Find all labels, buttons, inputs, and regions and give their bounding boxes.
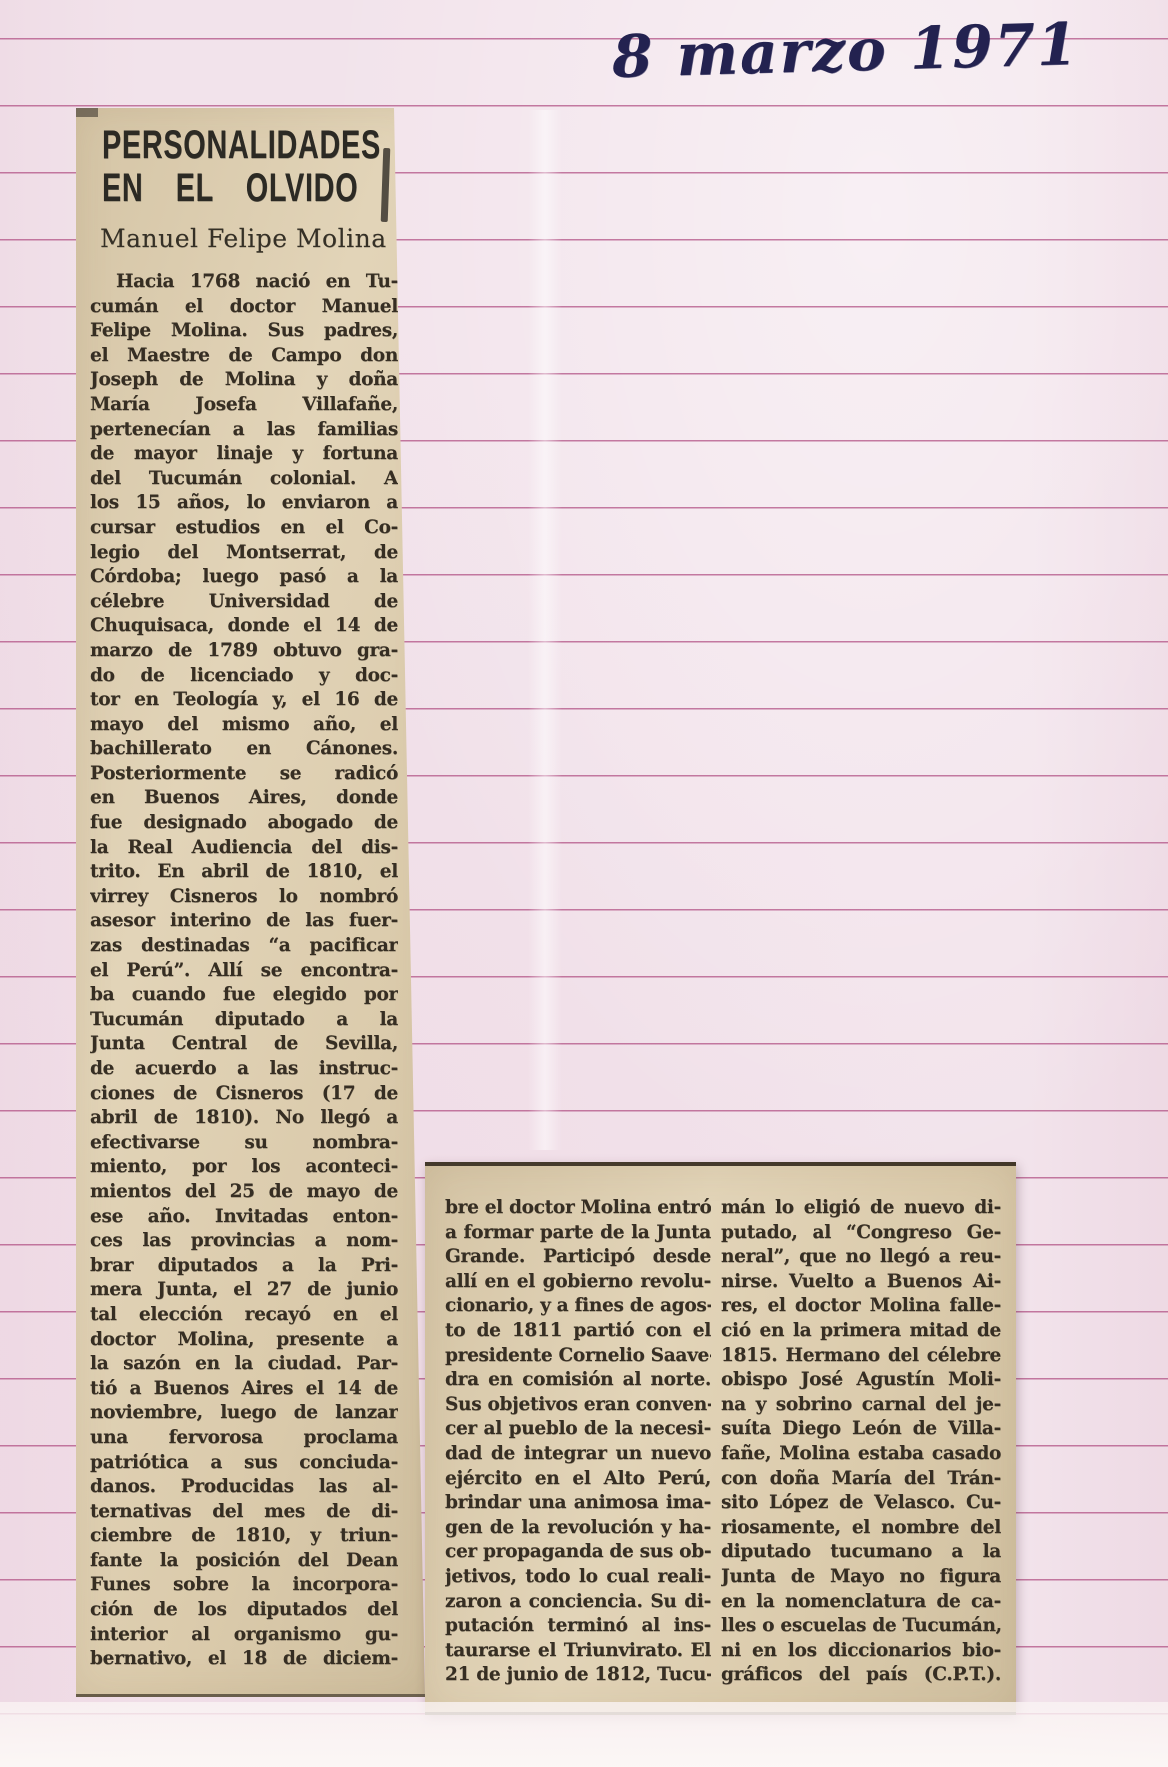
article-line: a formar parte de la Junta — [445, 1221, 711, 1246]
article-line: mera Junta, el 27 de junio — [90, 1278, 398, 1303]
article-line: Posteriormente se radicó — [90, 762, 398, 787]
article-line: presidente Cornelio Saave- — [445, 1344, 711, 1369]
article-line: 1815. Hermano del célebre — [721, 1344, 1001, 1369]
article-line: obispo José Agustín Moli- — [721, 1368, 1001, 1393]
article-line: ni en los diccionarios bio- — [721, 1639, 1001, 1664]
article-line: en la nomenclatura de ca- — [721, 1590, 1001, 1615]
article-line: patriótica a sus conciuda- — [90, 1451, 398, 1476]
article-line: noviembre, luego de lanzar — [90, 1401, 398, 1426]
article-line: Grande. Participó desde — [445, 1245, 711, 1270]
article-line: gráficos del país (C.P.T.). — [721, 1663, 1001, 1688]
headline-line-2: EN EL OLVIDO — [102, 167, 358, 210]
article-line: lles o escuelas de Tucumán, — [721, 1614, 1001, 1639]
article-line: en Buenos Aires, donde — [90, 786, 398, 811]
article-line: mayo del mismo año, el — [90, 713, 398, 738]
clipping-edge-mark — [76, 108, 98, 117]
article-line: putación terminó al ins- — [445, 1614, 711, 1639]
article-line: trito. En abril de 1810, el — [90, 860, 398, 885]
article-column-middle: bre el doctor Molina entróa formar parte… — [445, 1196, 711, 1688]
article-line: diputado tucumano a la — [721, 1540, 1001, 1565]
article-line: virrey Cisneros lo nombró — [90, 885, 398, 910]
article-line: zas destinadas “a pacificar — [90, 934, 398, 959]
article-line: tor en Teología y, el 16 de — [90, 688, 398, 713]
article-line: el Maestre de Campo don — [90, 344, 398, 369]
article-byline: Manuel Felipe Molina — [100, 224, 425, 253]
article-line: la sazón en la ciudad. Par- — [90, 1352, 398, 1377]
article-line: tió a Buenos Aires el 14 de — [90, 1377, 398, 1402]
article-line: cumán el doctor Manuel — [90, 295, 398, 320]
article-line: interior al organismo gu- — [90, 1623, 398, 1648]
article-line: suíta Diego León de Villa- — [721, 1417, 1001, 1442]
article-line: dad de integrar un nuevo — [445, 1442, 711, 1467]
article-line: María Josefa Villafañe, — [90, 393, 398, 418]
article-line: Funes sobre la incorpora- — [90, 1573, 398, 1598]
article-line: efectivarse su nombra- — [90, 1131, 398, 1156]
article-line: bre el doctor Molina entró — [445, 1196, 711, 1221]
article-line: taurarse el Triunvirato. El — [445, 1639, 711, 1664]
article-line: riosamente, el nombre del — [721, 1516, 1001, 1541]
article-column-right: mán lo eligió de nuevo di-putado, al “Co… — [721, 1196, 1001, 1688]
newspaper-clipping-bottom: bre el doctor Molina entróa formar parte… — [425, 1162, 1016, 1715]
article-line: ciembre de 1810, y triun- — [90, 1524, 398, 1549]
article-line: Junta Central de Sevilla, — [90, 1032, 398, 1057]
article-line: miento, por los aconteci- — [90, 1155, 398, 1180]
article-line: asesor interino de las fuer- — [90, 909, 398, 934]
article-line: una fervorosa proclama — [90, 1426, 398, 1451]
headline-line-1: PERSONALIDADES — [102, 124, 358, 167]
article-line: do de licenciado y doc- — [90, 664, 398, 689]
article-line: res, el doctor Molina falle- — [721, 1294, 1001, 1319]
article-line: mientos del 25 de mayo de — [90, 1180, 398, 1205]
article-line: zaron a conciencia. Su di- — [445, 1590, 711, 1615]
article-line: célebre Universidad de — [90, 590, 398, 615]
article-line: mán lo eligió de nuevo di- — [721, 1196, 1001, 1221]
article-line: la Real Audiencia del dis- — [90, 836, 398, 861]
article-line: putado, al “Congreso Ge- — [721, 1221, 1001, 1246]
article-line: ces las provincias a nom- — [90, 1229, 398, 1254]
article-line: ejército en el Alto Perú, — [445, 1467, 711, 1492]
article-line: ció en la primera mitad de — [721, 1319, 1001, 1344]
article-line: de mayor linaje y fortuna — [90, 442, 398, 467]
article-line: Hacia 1768 nació en Tu- — [90, 270, 398, 295]
article-line: Tucumán diputado a la — [90, 1008, 398, 1033]
article-line: tal elección recayó en el — [90, 1303, 398, 1328]
article-line: Sus objetivos eran conven- — [445, 1393, 711, 1418]
article-line: danos. Producidas las al- — [90, 1475, 398, 1500]
article-line: ternativas del mes de di- — [90, 1500, 398, 1525]
article-line: legio del Montserrat, de — [90, 541, 398, 566]
article-line: jetivos, todo lo cual reali- — [445, 1565, 711, 1590]
article-line: brindar una animosa ima- — [445, 1491, 711, 1516]
article-line: gen de la revolución y ha- — [445, 1516, 711, 1541]
article-line: Córdoba; luego pasó a la — [90, 565, 398, 590]
article-line: sito López de Velasco. Cu- — [721, 1491, 1001, 1516]
article-line: ción de los diputados del — [90, 1598, 398, 1623]
article-line: el Perú”. Allí se encontra- — [90, 959, 398, 984]
article-line: ese año. Invitadas enton- — [90, 1205, 398, 1230]
article-line: marzo de 1789 obtuvo gra- — [90, 639, 398, 664]
article-line: del Tucumán colonial. A — [90, 467, 398, 492]
article-line: de acuerdo a las instruc- — [90, 1057, 398, 1082]
article-line: los 15 años, lo enviaron a — [90, 491, 398, 516]
article-line: bachillerato en Cánones. — [90, 737, 398, 762]
article-headline: PERSONALIDADES EN EL OLVIDO — [102, 124, 425, 210]
article-line: fañe, Molina estaba casado — [721, 1442, 1001, 1467]
article-line: allí en el gobierno revolu- — [445, 1270, 711, 1295]
article-line: abril de 1810). No llegó a — [90, 1106, 398, 1131]
article-line: cionario, y a fines de agos- — [445, 1294, 711, 1319]
article-line: cer al pueblo de la necesi- — [445, 1417, 711, 1442]
article-line: brar diputados a la Pri- — [90, 1254, 398, 1279]
article-line: cursar estudios en el Co- — [90, 516, 398, 541]
article-line: to de 1811 partió con el — [445, 1319, 711, 1344]
article-line: 21 de junio de 1812, Tucu- — [445, 1663, 711, 1688]
article-line: ciones de Cisneros (17 de — [90, 1082, 398, 1107]
article-line: fante la posición del Dean — [90, 1549, 398, 1574]
article-line: Chuquisaca, donde el 14 de — [90, 614, 398, 639]
article-line: nirse. Vuelto a Buenos Ai- — [721, 1270, 1001, 1295]
article-line: doctor Molina, presente a — [90, 1328, 398, 1353]
article-column-left: Hacia 1768 nació en Tu-cumán el doctor M… — [90, 270, 398, 1672]
article-line: neral”, que no llegó a reu- — [721, 1245, 1001, 1270]
article-line: bernativo, el 18 de diciem- — [90, 1647, 398, 1672]
handwritten-date: 8 marzo 1971 — [611, 13, 973, 91]
clipping-edge-mark — [381, 148, 391, 222]
paper-crease — [528, 110, 562, 1150]
paper-bottom-edge — [0, 1702, 1168, 1767]
article-line: Felipe Molina. Sus padres, — [90, 319, 398, 344]
article-line: con doña María del Trán- — [721, 1467, 1001, 1492]
article-line: ba cuando fue elegido por — [90, 983, 398, 1008]
article-line: dra en comisión al norte. — [445, 1368, 711, 1393]
article-line: na y sobrino carnal del je- — [721, 1393, 1001, 1418]
scanned-notebook-page: { "document": { "handwritten_date": "8 m… — [0, 0, 1168, 1767]
newspaper-clipping-left: PERSONALIDADES EN EL OLVIDO Manuel Felip… — [76, 108, 425, 1697]
article-line: cer propaganda de sus ob- — [445, 1540, 711, 1565]
article-line: Joseph de Molina y doña — [90, 368, 398, 393]
article-line: fue designado abogado de — [90, 811, 398, 836]
article-line: pertenecían a las familias — [90, 418, 398, 443]
article-line: Junta de Mayo no figura — [721, 1565, 1001, 1590]
